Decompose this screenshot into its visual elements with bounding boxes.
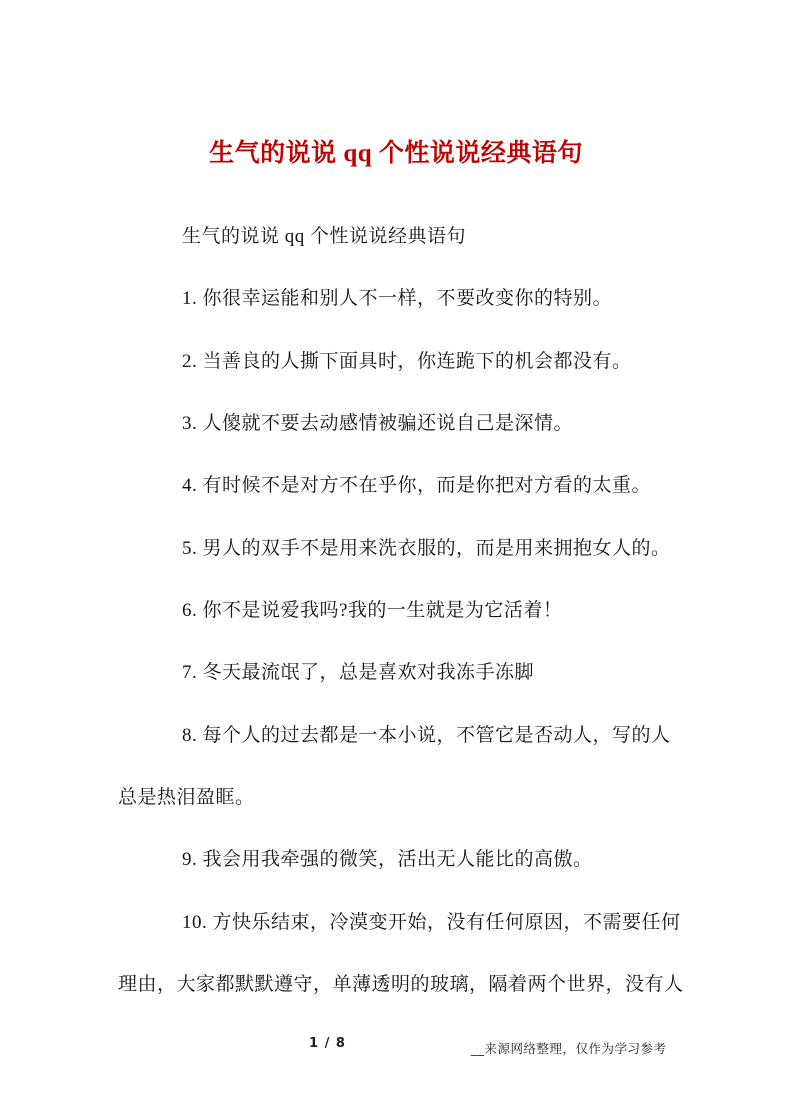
body-line: 2. 当善良的人撕下面具时，你连跪下的机会都没有。 <box>118 331 692 393</box>
body-line: 10. 方快乐结束，冷漠变开始，没有任何原因，不需要任何 <box>118 892 692 954</box>
footer-source-note: __来源网络整理，仅作为学习参考 <box>471 1039 667 1057</box>
body-line: 1. 你很幸运能和别人不一样，不要改变你的特别。 <box>118 268 692 330</box>
document-body: 生气的说说 qq 个性说说经典语句1. 你很幸运能和别人不一样，不要改变你的特别… <box>118 206 692 1016</box>
body-line: 7. 冬天最流氓了，总是喜欢对我冻手冻脚 <box>118 642 692 704</box>
body-line: 生气的说说 qq 个性说说经典语句 <box>118 206 692 268</box>
body-line: 4. 有时候不是对方不在乎你，而是你把对方看的太重。 <box>118 455 692 517</box>
body-line: 总是热泪盈眶。 <box>118 767 692 829</box>
body-line: 9. 我会用我牵强的微笑，活出无人能比的高傲。 <box>118 829 692 891</box>
footer-page-number: 1 / 8 <box>309 1036 346 1051</box>
body-line: 5. 男人的双手不是用来洗衣服的，而是用来拥抱女人的。 <box>118 518 692 580</box>
document-page: 生气的说说 qq 个性说说经典语句 生气的说说 qq 个性说说经典语句1. 你很… <box>0 0 792 1120</box>
document-title: 生气的说说 qq 个性说说经典语句 <box>0 133 792 169</box>
body-line: 6. 你不是说爱我吗?我的一生就是为它活着！ <box>118 580 692 642</box>
body-line: 3. 人傻就不要去动感情被骗还说自己是深情。 <box>118 393 692 455</box>
body-line: 理由，大家都默默遵守，单薄透明的玻璃，隔着两个世界，没有人 <box>118 954 692 1016</box>
body-line: 8. 每个人的过去都是一本小说，不管它是否动人，写的人 <box>118 705 692 767</box>
